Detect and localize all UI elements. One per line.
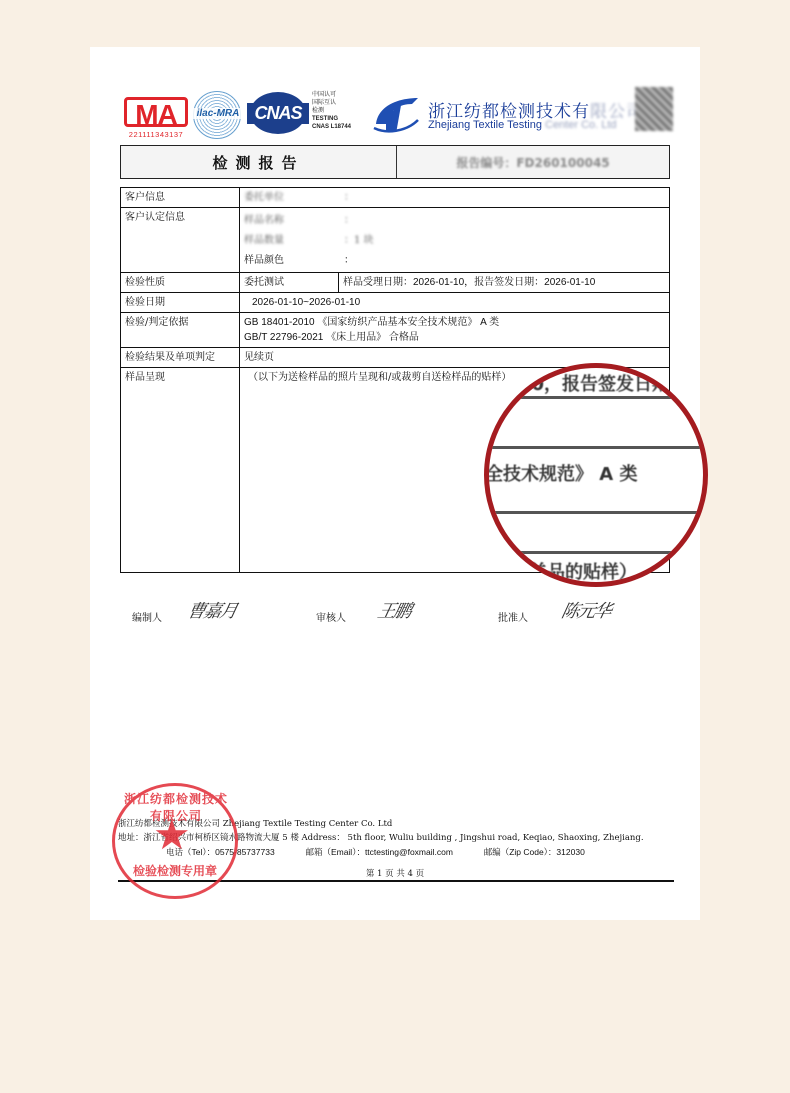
magnified-table-line	[489, 511, 703, 514]
magnified-table-line	[489, 446, 703, 449]
cnas-logo: CNAS	[250, 92, 306, 134]
prepared-by-signature: 曹嘉月	[185, 597, 239, 623]
cnas-info-line: TESTING	[312, 115, 372, 123]
basis-line: GB/T 22796-2021 《床上用品》 合格品	[244, 330, 665, 345]
magnified-table-line	[489, 551, 703, 554]
table-row: 客户认定信息 样品名称： 样品数量：1 块 样品颜色：	[121, 208, 670, 273]
basis-label: 检验/判定依据	[121, 313, 240, 348]
client-confirmed-label: 客户认定信息	[121, 208, 240, 273]
test-date-label: 检验日期	[121, 293, 240, 313]
cma-number: 221111343137	[122, 130, 190, 139]
footer-email: 邮箱（Email）：ttctesting@foxmail.com	[305, 847, 453, 857]
qr-code-blurred	[635, 87, 673, 131]
test-nature-label: 检验性质	[121, 273, 240, 293]
star-icon: ★	[153, 814, 191, 856]
magnified-text: 全技术规范》 A 类	[485, 460, 637, 486]
report-title-bar: 检测报告 报告编号：FD260100045	[120, 145, 670, 179]
approved-by-signature: 陈元华	[559, 597, 613, 623]
company-name-en-blurred: Center Co. Ltd	[545, 119, 617, 131]
table-row: 检验性质 委托测试 样品受理日期：2026-01-10，报告签发日期：2026-…	[121, 273, 670, 293]
sample-color-value: ：	[344, 253, 354, 268]
sample-name-key: 样品名称	[244, 213, 344, 228]
cnas-info-line: 中国认可	[312, 91, 372, 99]
ilac-logo-text: ilac-MRA	[192, 108, 244, 119]
official-seal-stamp: 浙江纺都检测技术有限公司 ★ 检验检测专用章	[112, 783, 238, 899]
signature-row: 编制人 曹嘉月 审核人 王鹏 批准人 陈元华	[130, 597, 670, 627]
cnas-info-line: 国际互认	[312, 99, 372, 107]
table-row: 检验/判定依据 GB 18401-2010 《国家纺织产品基本安全技术规范》 A…	[121, 313, 670, 348]
magnified-table-line	[489, 396, 703, 399]
sample-color-key: 样品颜色	[244, 253, 344, 268]
client-unit-value: ：	[344, 190, 354, 205]
company-name-en-text: Zhejiang Textile Testing	[428, 119, 545, 131]
basis-line: GB 18401-2010 《国家纺织产品基本安全技术规范》 A 类	[244, 315, 665, 330]
client-confirmed-label-text: 客户认定信息	[125, 212, 185, 223]
cnas-info-line: 检测	[312, 107, 372, 115]
sample-qty-key: 样品数量	[244, 233, 344, 248]
sample-qty-value: ：1 块	[344, 233, 374, 248]
client-unit-cell: 委托单位 ：	[240, 188, 670, 208]
report-title: 检测报告	[121, 146, 397, 178]
cma-logo: MA 221111343137	[122, 95, 190, 143]
report-page: MA 221111343137 ilac-MRA CNAS 中国认可 国际互认 …	[90, 47, 700, 920]
table-row: 客户信息 委托单位 ：	[121, 188, 670, 208]
ilac-mra-logo: ilac-MRA	[193, 91, 241, 139]
footer-zip: 邮编（Zip Code）：312030	[484, 847, 585, 857]
dates-value: 样品受理日期：2026-01-10，报告签发日期：2026-01-10	[339, 273, 670, 293]
reviewed-by-signature: 王鹏	[375, 597, 413, 623]
magnified-text: 羊品的贴样）	[529, 558, 637, 584]
result-label: 检验结果及单项判定	[121, 348, 240, 368]
basis-value: GB 18401-2010 《国家纺织产品基本安全技术规范》 A 类 GB/T …	[240, 313, 670, 348]
cma-logo-mark: MA	[124, 97, 188, 127]
report-number: 报告编号：FD260100045	[397, 146, 669, 178]
prepared-by-label: 编制人	[132, 609, 162, 624]
cnas-accreditation-info: 中国认可 国际互认 检测 TESTING CNAS L18744	[312, 91, 372, 131]
company-logo-icon	[372, 94, 420, 134]
cnas-logo-text: CNAS	[247, 103, 309, 124]
approved-by-label: 批准人	[498, 609, 528, 624]
client-unit-key: 委托单位	[244, 190, 344, 205]
magnifier-callout: 10，报告签发日期 全技术规范》 A 类 羊品的贴样）	[484, 363, 708, 587]
sample-present-label: 样品呈现	[121, 368, 240, 573]
table-row: 检验日期 2026-01-10~2026-01-10	[121, 293, 670, 313]
company-name-en: Zhejiang Textile Testing Center Co. Ltd	[428, 119, 617, 131]
test-date-value: 2026-01-10~2026-01-10	[240, 293, 670, 313]
cnas-info-line: CNAS L18744	[312, 123, 372, 131]
stamp-bottom-text: 检验检测专用章	[115, 862, 235, 879]
client-info-label: 客户信息	[121, 188, 240, 208]
reviewed-by-label: 审核人	[316, 609, 346, 624]
magnified-text: 10，报告签发日期	[519, 370, 670, 396]
sample-name-value: ：	[344, 213, 354, 228]
sample-details-cell: 样品名称： 样品数量：1 块 样品颜色：	[240, 208, 670, 273]
test-nature-value: 委托测试	[240, 273, 339, 293]
